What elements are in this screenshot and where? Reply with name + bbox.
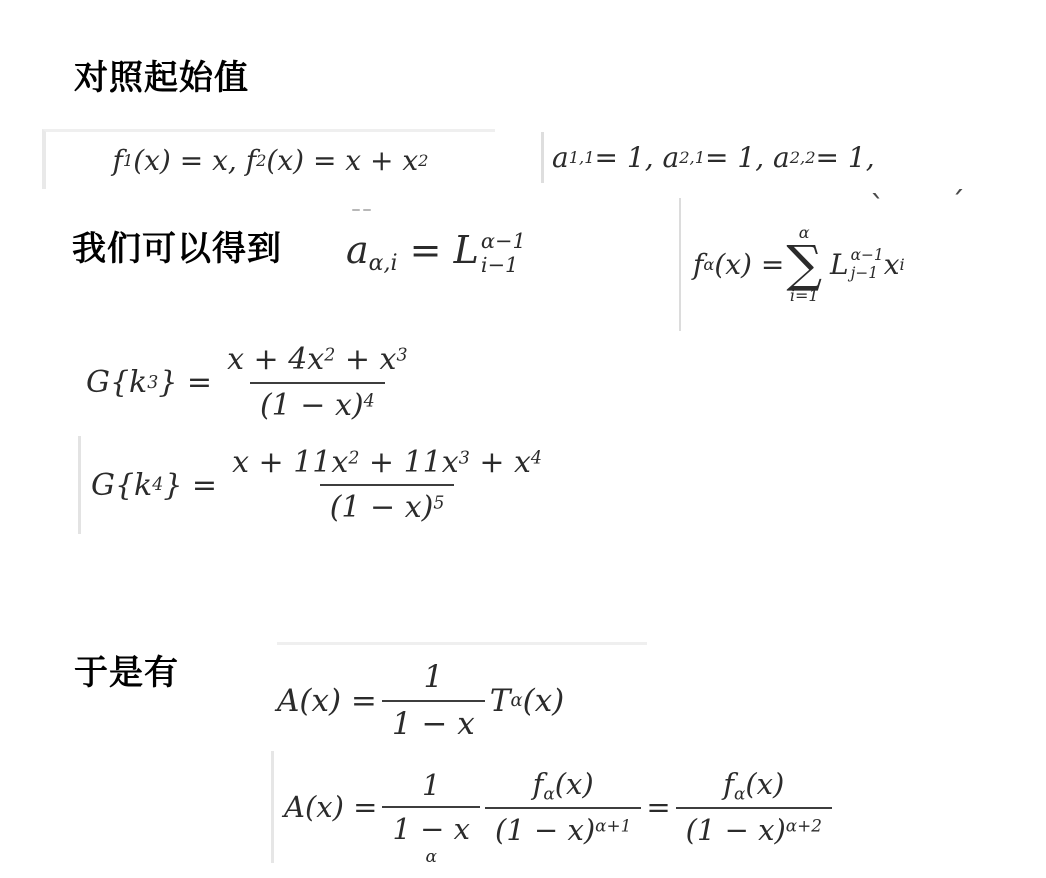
math-script-stack: α−1i−1 <box>481 230 526 277</box>
math-superscript: 3 <box>396 345 407 365</box>
fraction: x + 11x2 + 11x3 + x4 (1 − x)5 <box>222 443 552 528</box>
heading-we-can-get: 我们可以得到 <box>72 221 282 270</box>
math-token: = L <box>398 228 479 272</box>
math-subscript: α <box>543 783 554 803</box>
math-superscript: 4 <box>152 475 163 495</box>
fraction-numerator: x + 4x2 + x3 <box>217 340 417 382</box>
math-token: x + 4x <box>227 342 324 377</box>
math-superscript: α−1 <box>851 247 884 264</box>
fraction-numerator: fα(x) <box>523 765 604 807</box>
math-subscript: α,i <box>369 251 398 276</box>
math-token: (1 − x) <box>260 388 364 423</box>
math-subscript: α <box>703 255 714 274</box>
formula-f-initial-values: f1(x) = x, f2(x) = x + x2 <box>42 129 495 189</box>
math-superscript: i <box>900 255 905 274</box>
fraction-denominator: (1 − x)α+1 <box>485 807 641 849</box>
fraction-denominator: (1 − x)5 <box>320 484 455 528</box>
math-token: x + 11x <box>232 445 348 480</box>
fraction-under-alpha: α <box>425 849 436 866</box>
math-token: } = <box>163 468 217 503</box>
math-token: (1 − x) <box>686 813 786 847</box>
math-token: + x <box>470 445 531 480</box>
math-superscript: 2 <box>418 151 428 170</box>
math-token: (x) <box>745 767 784 801</box>
math-superscript: 2 <box>348 448 359 468</box>
math-token: f <box>693 248 703 281</box>
fraction: x + 4x2 + x3 (1 − x)4 <box>217 340 417 425</box>
formula-g-k3: G{k3} = x + 4x2 + x3 (1 − x)4 <box>86 340 423 425</box>
math-token: } = <box>158 365 212 400</box>
math-token: a <box>552 141 569 174</box>
math-script-stack: α−1j−1 <box>851 247 884 282</box>
fraction-denominator: 1 − x <box>382 806 480 848</box>
sum-lower-limit: i=1 <box>790 288 819 304</box>
formula-a-initial-values: a1,1 = 1, a2,1 = 1, a2,2 = 1, <box>541 132 875 183</box>
fraction-numerator: 1 <box>413 657 453 700</box>
math-superscript: α−1 <box>481 230 526 253</box>
math-token: + x <box>335 342 396 377</box>
math-subscript: 2,2 <box>790 148 816 167</box>
fraction: fα(x) (1 − x)α+1 <box>485 765 641 850</box>
math-superscript: 5 <box>433 493 444 513</box>
math-superscript: 4 <box>364 391 375 411</box>
math-token: = 1, <box>816 141 875 174</box>
math-token: = <box>646 790 670 824</box>
math-superscript: 2 <box>324 345 335 365</box>
math-subscript: 1,1 <box>569 148 595 167</box>
math-token: (x) <box>555 767 594 801</box>
fraction-denominator: (1 − x)4 <box>250 382 385 426</box>
math-token: (x) <box>523 683 565 719</box>
math-superscript: 3 <box>147 373 158 393</box>
math-superscript: α+2 <box>786 816 822 836</box>
math-subscript: 1 <box>123 151 133 170</box>
math-token: (x) = <box>714 248 784 281</box>
math-token: (x) = x, f <box>133 144 256 177</box>
math-superscript: 3 <box>459 448 470 468</box>
math-token: T <box>490 683 511 719</box>
crop-artifact-grave: ˋ <box>870 190 885 225</box>
math-subscript: α <box>734 783 745 803</box>
heading-therefore: 于是有 <box>74 645 179 694</box>
math-token: f <box>723 767 734 801</box>
math-subscript: i−1 <box>481 254 518 277</box>
math-token: (1 − x) <box>330 490 434 525</box>
math-subscript: j−1 <box>851 265 878 282</box>
math-token: a <box>346 228 369 272</box>
formula-a-alpha-i: aα,i = Lα−1i−1 <box>346 228 526 277</box>
heading-initial-values: 对照起始值 <box>74 50 249 99</box>
fraction: 1 1 − x α <box>382 766 480 849</box>
fraction-numerator: x + 11x2 + 11x3 + x4 <box>222 443 552 485</box>
fraction: fα(x) (1 − x)α+2 <box>676 765 832 850</box>
formula-A-T: A(x) = 1 1 − x Tα(x) <box>277 642 647 745</box>
formula-A-expanded: A(x) = 1 1 − x α fα(x) (1 − x)α+1 = fα(x… <box>271 751 837 863</box>
math-token: = 1, a <box>595 141 680 174</box>
math-token: G{k <box>86 365 147 400</box>
crop-artifact-acute: ˊ <box>950 186 965 221</box>
math-token: L <box>830 248 849 281</box>
fraction-denominator: 1 − x <box>382 700 485 745</box>
math-token: A(x) = <box>277 683 377 719</box>
sigma-icon: ∑ <box>786 241 822 289</box>
fraction-numerator: fα(x) <box>713 765 794 807</box>
math-token: f <box>533 767 544 801</box>
math-token: G{k <box>91 468 152 503</box>
math-token: x <box>884 248 900 281</box>
math-subscript: α <box>510 690 522 711</box>
math-subscript: 2 <box>256 151 266 170</box>
crop-artifact-dash <box>363 209 371 211</box>
math-token: f <box>112 144 122 177</box>
math-superscript: 4 <box>531 448 542 468</box>
document-canvas: 对照起始值 我们可以得到 于是有 f1(x) = x, f2(x) = x + … <box>0 0 1046 878</box>
math-token: A(x) = <box>284 790 377 824</box>
crop-artifact-dash <box>352 209 360 211</box>
math-token: + 11x <box>359 445 458 480</box>
fraction-denominator: (1 − x)α+2 <box>676 807 832 849</box>
math-subscript: 2,1 <box>679 148 705 167</box>
math-token: (1 − x) <box>495 813 595 847</box>
fraction-numerator: 1 <box>412 766 450 806</box>
math-token: = 1, a <box>705 141 790 174</box>
math-token: (x) = x + x <box>266 144 418 177</box>
summation: α∑i=1 <box>786 225 822 305</box>
fraction: 1 1 − x <box>382 657 485 745</box>
math-superscript: α+1 <box>595 816 631 836</box>
formula-g-k4: G{k4} = x + 11x2 + 11x3 + x4 (1 − x)5 <box>78 436 557 534</box>
